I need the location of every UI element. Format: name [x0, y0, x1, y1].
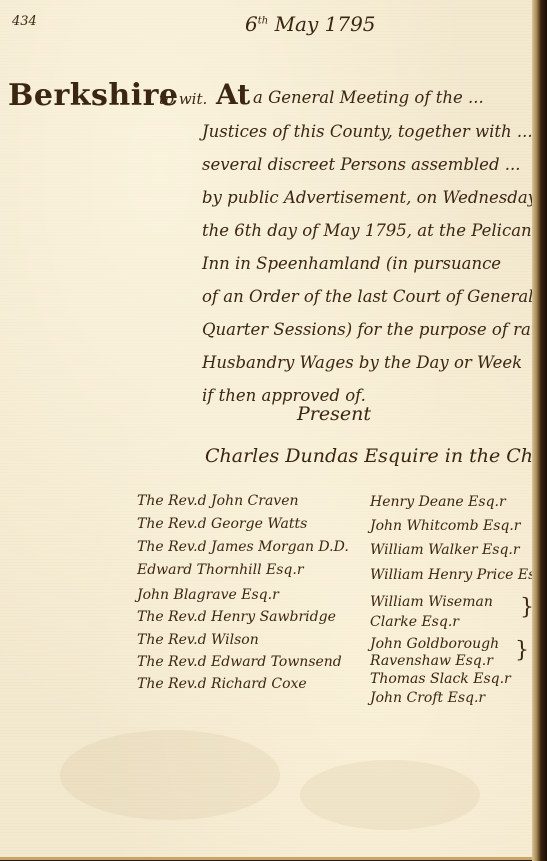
brace-mark: }: [515, 638, 529, 663]
chair-line: Charles Dundas Esquire in the Chair: [205, 445, 547, 467]
body-line: of an Order of the last Court of General: [202, 287, 533, 306]
date-suffix: th: [258, 15, 268, 26]
attendee: Henry Deane Esq.r: [370, 494, 506, 510]
attendee: Clarke Esq.r: [370, 614, 459, 630]
attendee: The Rev.d Richard Coxe: [137, 676, 307, 692]
to-wit-label: to wit.: [159, 90, 207, 108]
date-day: 6: [245, 12, 258, 36]
folio-number: 434: [12, 14, 37, 29]
attendee: John Whitcomb Esq.r: [370, 518, 521, 534]
county-heading: Berkshire: [8, 78, 179, 113]
body-line: Justices of this County, together with .…: [202, 122, 533, 141]
paper-stain: [300, 760, 480, 830]
body-line: several discreet Persons assembled ...: [202, 155, 521, 174]
attendee: The Rev.d George Watts: [137, 516, 307, 532]
attendee: The Rev.d James Morgan D.D.: [137, 539, 349, 555]
manuscript-page: 434 6th May 1795 Berkshire to wit. At a …: [0, 0, 532, 860]
attendee: Edward Thornhill Esq.r: [137, 562, 304, 578]
present-heading: Present: [297, 403, 371, 425]
attendee: John Croft Esq.r: [370, 690, 485, 706]
body-line: Inn in Speenhamland (in pursuance: [202, 254, 501, 273]
attendee: The Rev.d Edward Townsend: [137, 654, 342, 670]
paper-stain: [60, 730, 280, 820]
attendee: John Goldborough: [370, 636, 499, 652]
date-month-year: May 1795: [275, 12, 376, 36]
attendee: William Wiseman: [370, 594, 493, 610]
body-line: Quarter Sessions) for the purpose of rat…: [202, 320, 547, 339]
attendee: Thomas Slack Esq.r: [370, 671, 511, 687]
attendee: The Rev.d Henry Sawbridge: [137, 609, 336, 625]
attendee: The Rev.d Wilson: [137, 632, 259, 648]
attendee: John Blagrave Esq.r: [137, 587, 279, 603]
attendee: The Rev.d John Craven: [137, 493, 299, 509]
attendee: William Henry Price Esq.: [370, 567, 547, 583]
body-line: by public Advertisement, on Wednesday: [202, 188, 537, 207]
header-date: 6th May 1795: [245, 12, 376, 36]
body-line: Husbandry Wages by the Day or Week: [202, 353, 522, 372]
attendee: Ravenshaw Esq.r: [370, 653, 493, 669]
attendee: William Walker Esq.r: [370, 542, 520, 558]
body-line: the 6th day of May 1795, at the Pelican: [202, 221, 532, 240]
body-line: a General Meeting of the ...: [253, 88, 484, 107]
book-spine-edge: [532, 0, 547, 861]
at-heading: At: [216, 78, 250, 111]
